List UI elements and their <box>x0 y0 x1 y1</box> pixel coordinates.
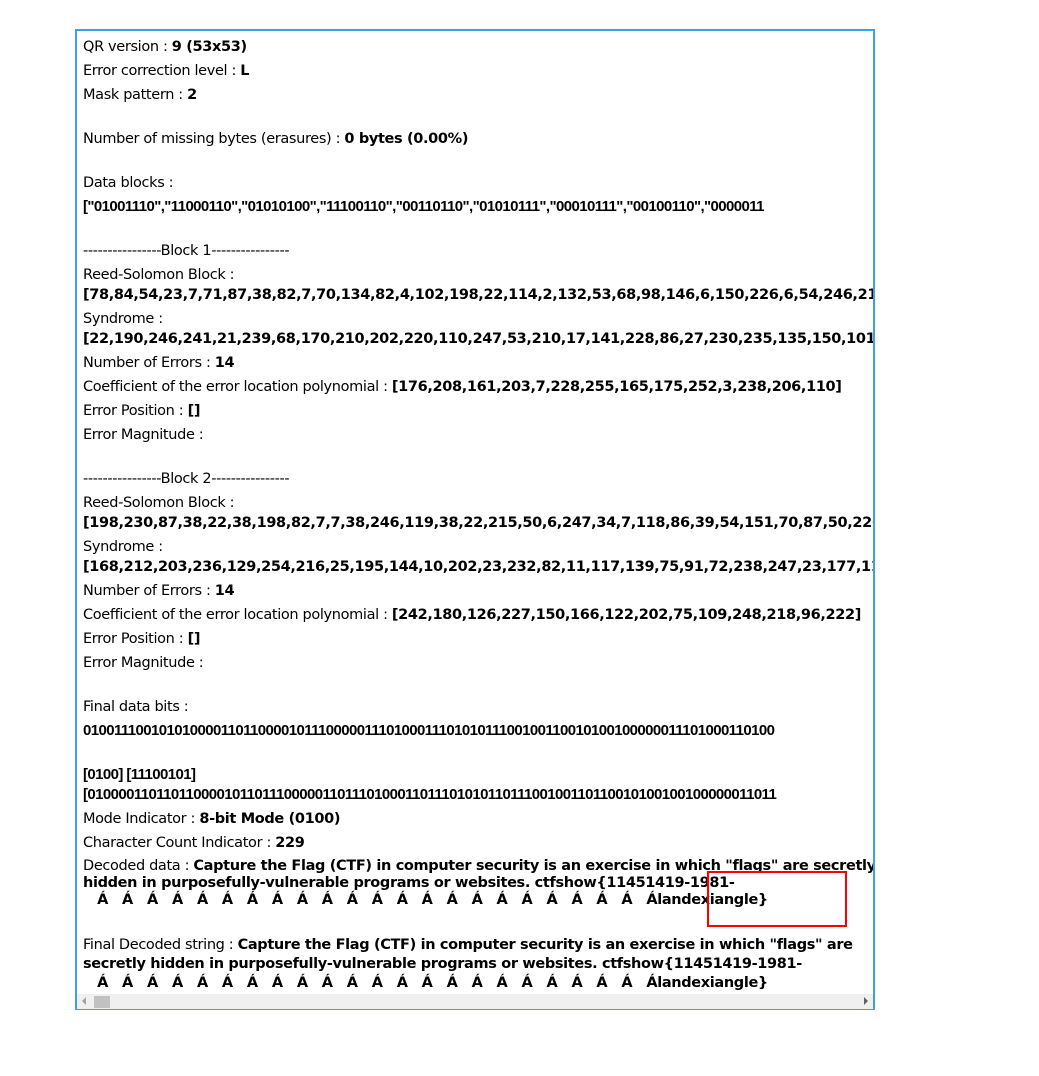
scroll-right-arrow-icon[interactable] <box>864 997 868 1005</box>
block-2-magnitude-label: Error Magnitude : <box>83 651 875 675</box>
final-bits-segment-data: [010000110110110000101101110000011011101… <box>83 783 875 807</box>
block-1-coef-label: Coefficient of the error location polyno… <box>83 379 392 395</box>
block-1-header: ----------------Block 1---------------- <box>83 239 875 263</box>
block-2-syndrome-label: Syndrome : <box>83 535 875 555</box>
block-2-position-label: Error Position : <box>83 631 188 647</box>
block-2-header: ----------------Block 2---------------- <box>83 467 875 491</box>
decoder-output-panel: QR version : 9 (53x53) Error correction … <box>75 29 875 1010</box>
block-2-coef-row: Coefficient of the error location polyno… <box>83 603 875 627</box>
block-1-syndrome-label: Syndrome : <box>83 307 875 327</box>
mode-indicator-row: Mode Indicator : 8-bit Mode (0100) <box>83 807 875 831</box>
block-2-position-value: [] <box>188 631 201 647</box>
block-1-magnitude-label: Error Magnitude : <box>83 423 875 447</box>
decoder-output-content: QR version : 9 (53x53) Error correction … <box>83 35 875 993</box>
final-bits-value: 0100111001010100001101100001011100000111… <box>83 719 875 743</box>
data-blocks-label: Data blocks : <box>83 171 875 195</box>
block-1-errors-value: 14 <box>215 355 234 371</box>
decoded-data-block: Decoded data : Capture the Flag (CTF) in… <box>83 855 875 909</box>
block-1-rs-label: Reed-Solomon Block : <box>83 263 875 283</box>
data-blocks-value: ["01001110","11000110","01010100","11100… <box>83 195 875 219</box>
char-count-value: 229 <box>275 835 304 851</box>
block-1-errors-label: Number of Errors : <box>83 355 215 371</box>
decoded-data-label: Decoded data : <box>83 858 193 874</box>
block-1-position-label: Error Position : <box>83 403 188 419</box>
block-1-coef-value: [176,208,161,203,7,228,255,165,175,252,3… <box>392 379 842 395</box>
block-1-rs-value: [78,84,54,23,7,71,87,38,82,7,70,134,82,4… <box>83 283 875 307</box>
block-1-coef-row: Coefficient of the error location polyno… <box>83 375 875 399</box>
qr-version-row: QR version : 9 (53x53) <box>83 35 875 59</box>
ecl-value: L <box>240 63 249 79</box>
block-2-errors-value: 14 <box>215 583 234 599</box>
block-2-coef-value: [242,180,126,227,150,166,122,202,75,109,… <box>392 607 861 623</box>
decoded-data-line-3: Á Á Á Á Á Á Á Á Á Á Á Á Á Á Á Á Á Á Á Á … <box>83 892 875 909</box>
mask-row: Mask pattern : 2 <box>83 83 875 107</box>
final-decoded-line-3: Á Á Á Á Á Á Á Á Á Á Á Á Á Á Á Á Á Á Á Á … <box>83 974 875 993</box>
mask-value: 2 <box>187 87 197 103</box>
block-1-position-row: Error Position : [] <box>83 399 875 423</box>
final-decoded-label: Final Decoded string : <box>83 937 238 953</box>
block-2-coef-label: Coefficient of the error location polyno… <box>83 607 392 623</box>
block-2-rs-value: [198,230,87,38,22,38,198,82,7,7,38,246,1… <box>83 511 875 535</box>
missing-bytes-row: Number of missing bytes (erasures) : 0 b… <box>83 127 875 151</box>
missing-bytes-value: 0 bytes (0.00%) <box>344 131 468 147</box>
qr-version-label: QR version : <box>83 39 172 55</box>
block-2-position-row: Error Position : [] <box>83 627 875 651</box>
final-bits-segments: [0100] [11100101] <box>83 763 875 783</box>
decoded-data-line-1: Capture the Flag (CTF) in computer secur… <box>193 858 875 874</box>
final-decoded-line-2: secretly hidden in purposefully-vulnerab… <box>83 955 875 974</box>
ecl-row: Error correction level : L <box>83 59 875 83</box>
decoded-data-line-2: hidden in purposefully-vulnerable progra… <box>83 875 875 892</box>
scrollbar-thumb[interactable] <box>94 996 110 1008</box>
block-2-rs-label: Reed-Solomon Block : <box>83 491 875 511</box>
mode-indicator-value: 8-bit Mode (0100) <box>199 811 340 827</box>
char-count-label: Character Count Indicator : <box>83 835 275 851</box>
missing-bytes-label: Number of missing bytes (erasures) : <box>83 131 344 147</box>
block-2-errors-label: Number of Errors : <box>83 583 215 599</box>
ecl-label: Error correction level : <box>83 63 240 79</box>
horizontal-scrollbar[interactable] <box>77 994 873 1009</box>
block-1-position-value: [] <box>188 403 201 419</box>
char-count-row: Character Count Indicator : 229 <box>83 831 875 855</box>
block-1-syndrome-value: [22,190,246,241,21,239,68,170,210,202,22… <box>83 327 875 351</box>
final-decoded-block: Final Decoded string : Capture the Flag … <box>83 936 875 993</box>
final-decoded-line-1: Capture the Flag (CTF) in computer secur… <box>238 937 853 953</box>
scroll-left-arrow-icon[interactable] <box>82 997 86 1005</box>
mask-label: Mask pattern : <box>83 87 187 103</box>
block-1-errors-row: Number of Errors : 14 <box>83 351 875 375</box>
qr-version-value: 9 (53x53) <box>172 39 247 55</box>
block-2-syndrome-value: [168,212,203,236,129,254,216,25,195,144,… <box>83 555 875 579</box>
mode-indicator-label: Mode Indicator : <box>83 811 199 827</box>
block-2-errors-row: Number of Errors : 14 <box>83 579 875 603</box>
final-bits-label: Final data bits : <box>83 695 875 719</box>
